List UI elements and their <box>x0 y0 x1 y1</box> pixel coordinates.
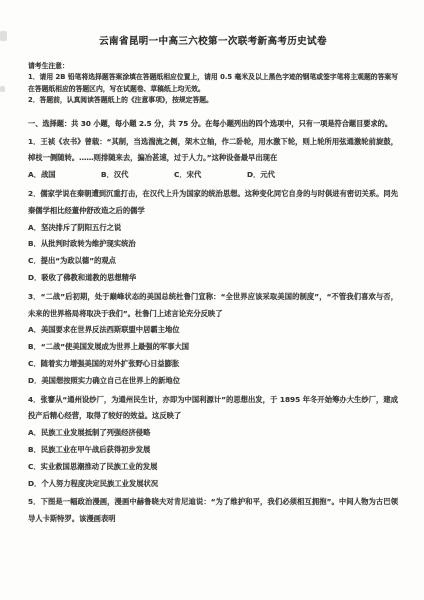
notice-item-2: 2．答题前，认真阅读答题纸上的《注意事项》，按规定答题。 <box>28 95 398 106</box>
option-c: C．宋代 <box>174 167 247 184</box>
question-3: 3．“二战”后初期，处于巅峰状态的美国总统杜鲁门宣称：“全世界应该采取美国的制度… <box>28 289 398 390</box>
option-a: A．坚决排斥了阴阳五行之说 <box>28 220 398 237</box>
question-5: 5．下图是一幅政治漫画，漫画中赫鲁晓夫对肯尼迪说：“为了维护和平，我们必须相互拥… <box>28 494 398 528</box>
question-4-stem: 4．张謇从“通州设纱厂，为通州民生计，亦即为中国利源计”的思想出发，于 1895… <box>28 392 398 426</box>
question-1: 1．王祯《农书》曾载：“其制，当选湍流之侧，架木立轴，作二卧轮，用水激下轮，则上… <box>28 134 398 184</box>
section-header: 一、选择题：共 30 小题，每小题 2.5 分，共 75 分。在每小题列出的四个… <box>28 116 398 132</box>
notice-section: 请考生注意： 1．请用 2B 铅笔将选择题答案涂填在答题纸相应位置上，请用 0.… <box>28 61 398 107</box>
question-3-stem: 3．“二战”后初期，处于巅峰状态的美国总统杜鲁门宣称：“全世界应该采取美国的制度… <box>28 289 398 323</box>
scan-artifact <box>0 86 5 92</box>
option-d: D．元代 <box>247 167 320 184</box>
option-a: A．美国要求在世界反法西斯联盟中居霸主地位 <box>28 322 398 339</box>
notice-heading: 请考生注意： <box>28 61 398 72</box>
question-4: 4．张謇从“通州设纱厂，为通州民生计，亦即为中国利源计”的思想出发，于 1895… <box>28 392 398 493</box>
option-a: A．战国 <box>28 167 101 184</box>
question-2: 2．儒家学说在秦朝遭到沉重打击，在汉代上升为国家的统治思想。这种变化同它自身的与… <box>28 186 398 287</box>
option-c: C．随着实力增强美国的对外扩张野心日益膨胀 <box>28 356 398 373</box>
option-a: A．民族工业发展抵制了列强经济侵略 <box>28 425 398 442</box>
exam-paper-page: 云南省昆明一中高三六校第一次联考新高考历史试卷 请考生注意： 1．请用 2B 铅… <box>0 0 424 600</box>
option-c: C．实业救国思潮推动了民族工业的发展 <box>28 459 398 476</box>
notice-item-1: 1．请用 2B 铅笔将选择题答案涂填在答题纸相应位置上，请用 0.5 毫米及以上… <box>28 72 398 95</box>
question-5-stem: 5．下图是一幅政治漫画，漫画中赫鲁晓夫对肯尼迪说：“为了维护和平，我们必须相互拥… <box>28 494 398 528</box>
option-d: D．美国想按照实力确立自己在世界上的新地位 <box>28 373 398 390</box>
scan-artifact <box>0 31 7 41</box>
option-b: B．汉代 <box>101 167 174 184</box>
option-d: D．个人努力程度决定民族工业发展状况 <box>28 476 398 493</box>
question-2-stem: 2．儒家学说在秦朝遭到沉重打击，在汉代上升为国家的统治思想。这种变化同它自身的与… <box>28 186 398 220</box>
option-b: B．从批判时政转为维护现实统治 <box>28 236 398 253</box>
option-b: B．“二战”使美国发展成为世界上最强的军事大国 <box>28 339 398 356</box>
question-1-options: A．战国 B．汉代 C．宋代 D．元代 <box>28 167 398 184</box>
option-c: C．提出“为政以德”的观点 <box>28 253 398 270</box>
option-d: D．吸收了佛教和道教的思想精华 <box>28 270 398 287</box>
question-1-stem: 1．王祯《农书》曾载：“其制，当选湍流之侧，架木立轴，作二卧轮，用水激下轮，则上… <box>28 134 398 168</box>
page-title: 云南省昆明一中高三六校第一次联考新高考历史试卷 <box>28 36 398 48</box>
option-b: B．民族工业在甲午战后获得初步发展 <box>28 442 398 459</box>
